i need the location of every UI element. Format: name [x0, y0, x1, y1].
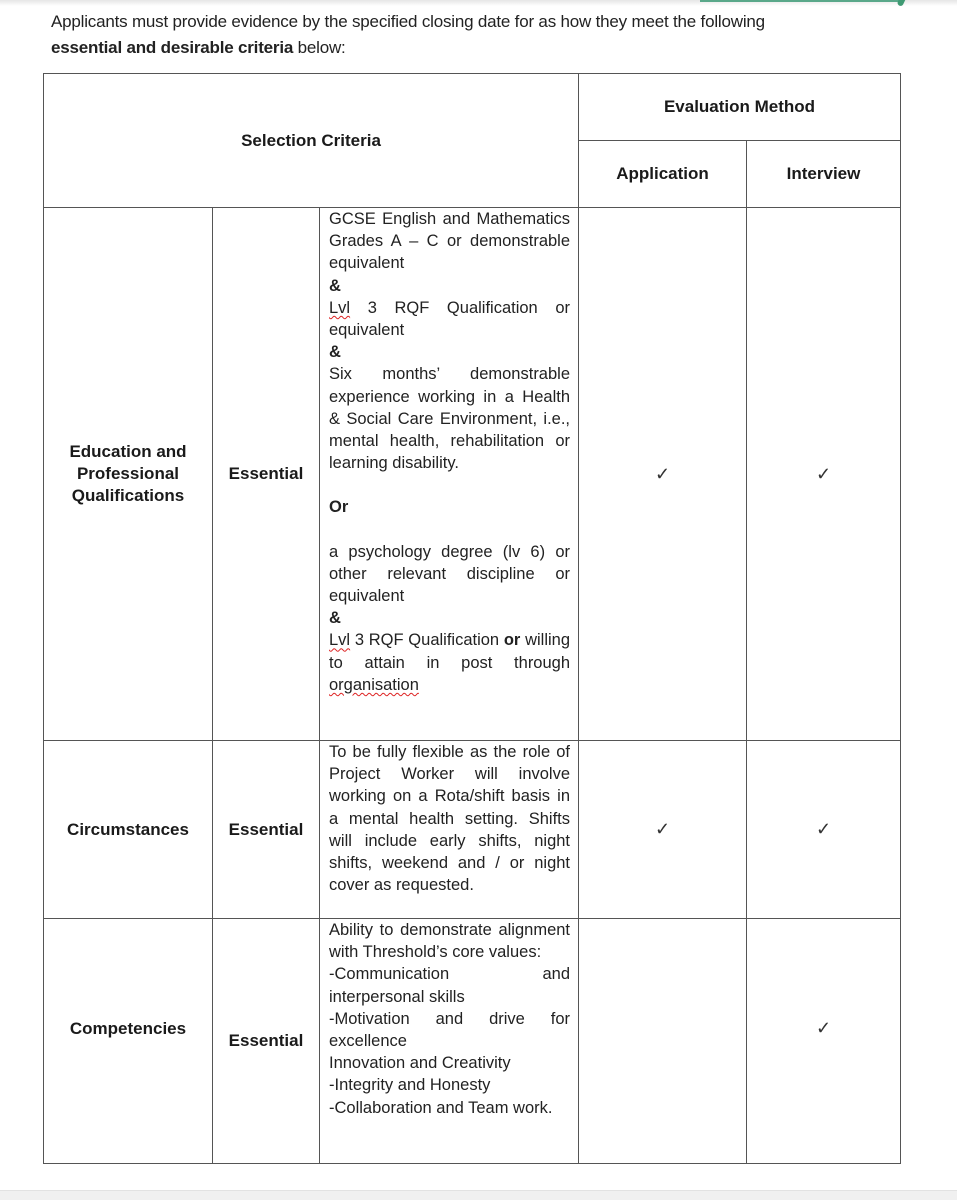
- application-check-cell: [579, 919, 747, 1164]
- row-description: GCSE English and Mathematics Grades A – …: [320, 208, 579, 741]
- header-interview: Interview: [747, 141, 901, 208]
- desc-text-span: 3 RQF Qualification: [350, 631, 504, 649]
- header-application: Application: [579, 141, 747, 208]
- intro-bold-text: essential and desirable criteria: [51, 38, 293, 57]
- desc-list-item: -Collaboration and Team work.: [329, 1097, 570, 1119]
- check-icon: ✓: [816, 1018, 831, 1038]
- spelling-flag[interactable]: organisation: [329, 676, 419, 694]
- desc-or: Or: [329, 496, 570, 518]
- interview-check-cell: ✓: [747, 919, 901, 1164]
- window-bottom-edge: [0, 1190, 957, 1200]
- header-selection-criteria: Selection Criteria: [44, 74, 579, 208]
- desc-list-item: Innovation and Creativity: [329, 1052, 570, 1074]
- desc-ampersand: &: [329, 607, 570, 629]
- row-category: Circumstances: [44, 741, 213, 919]
- desc-text: GCSE English and Mathematics Grades A – …: [329, 208, 570, 275]
- check-icon: ✓: [816, 464, 831, 484]
- row-description: To be fully flexible as the role of Proj…: [320, 741, 579, 919]
- desc-text: To be fully flexible as the role of Proj…: [329, 741, 570, 896]
- row-category: Competencies: [44, 919, 213, 1164]
- spacer: [329, 474, 570, 496]
- desc-text: Ability to demonstrate alignment with Th…: [329, 919, 570, 963]
- application-check-cell: ✓: [579, 741, 747, 919]
- desc-text-span: 3 RQF Qualification or equivalent: [329, 299, 570, 339]
- desc-list-item: -Integrity and Honesty: [329, 1074, 570, 1096]
- desc-list-item: -Communication and interpersonal skills: [329, 963, 570, 1007]
- desc-list-item: -Motivation and drive for excellence: [329, 1008, 570, 1052]
- row-category: Education and Professional Qualification…: [44, 208, 213, 741]
- application-check-cell: ✓: [579, 208, 747, 741]
- desc-text: Lvl 3 RQF Qualification or equivalent: [329, 297, 570, 341]
- check-icon: ✓: [655, 464, 670, 484]
- interview-check-cell: ✓: [747, 741, 901, 919]
- table-row: Competencies Essential Ability to demons…: [44, 919, 901, 1164]
- check-icon: ✓: [816, 819, 831, 839]
- row-level: Essential: [213, 208, 320, 741]
- row-level: Essential: [213, 919, 320, 1164]
- selection-criteria-table: Selection Criteria Evaluation Method App…: [43, 73, 901, 1164]
- spacer: [329, 519, 570, 541]
- top-accent-tab: [700, 0, 900, 2]
- desc-text: Lvl 3 RQF Qualification or willing to at…: [329, 629, 570, 696]
- intro-trailing-text: below:: [293, 38, 345, 57]
- header-evaluation-method: Evaluation Method: [579, 74, 901, 141]
- desc-ampersand: &: [329, 275, 570, 297]
- table-row: Education and Professional Qualification…: [44, 208, 901, 741]
- desc-text: a psychology degree (lv 6) or other rele…: [329, 541, 570, 608]
- check-icon: ✓: [655, 819, 670, 839]
- desc-text: Six months’ demonstrable experience work…: [329, 363, 570, 474]
- row-description: Ability to demonstrate alignment with Th…: [320, 919, 579, 1164]
- table-row: Circumstances Essential To be fully flex…: [44, 741, 901, 919]
- spelling-flag[interactable]: Lvl: [329, 299, 350, 317]
- spelling-flag[interactable]: Lvl: [329, 631, 350, 649]
- desc-ampersand: &: [329, 341, 570, 363]
- interview-check-cell: ✓: [747, 208, 901, 741]
- desc-bold-or: or: [504, 631, 521, 649]
- intro-paragraph: Applicants must provide evidence by the …: [51, 9, 931, 61]
- intro-text: Applicants must provide evidence by the …: [51, 12, 765, 31]
- row-level: Essential: [213, 741, 320, 919]
